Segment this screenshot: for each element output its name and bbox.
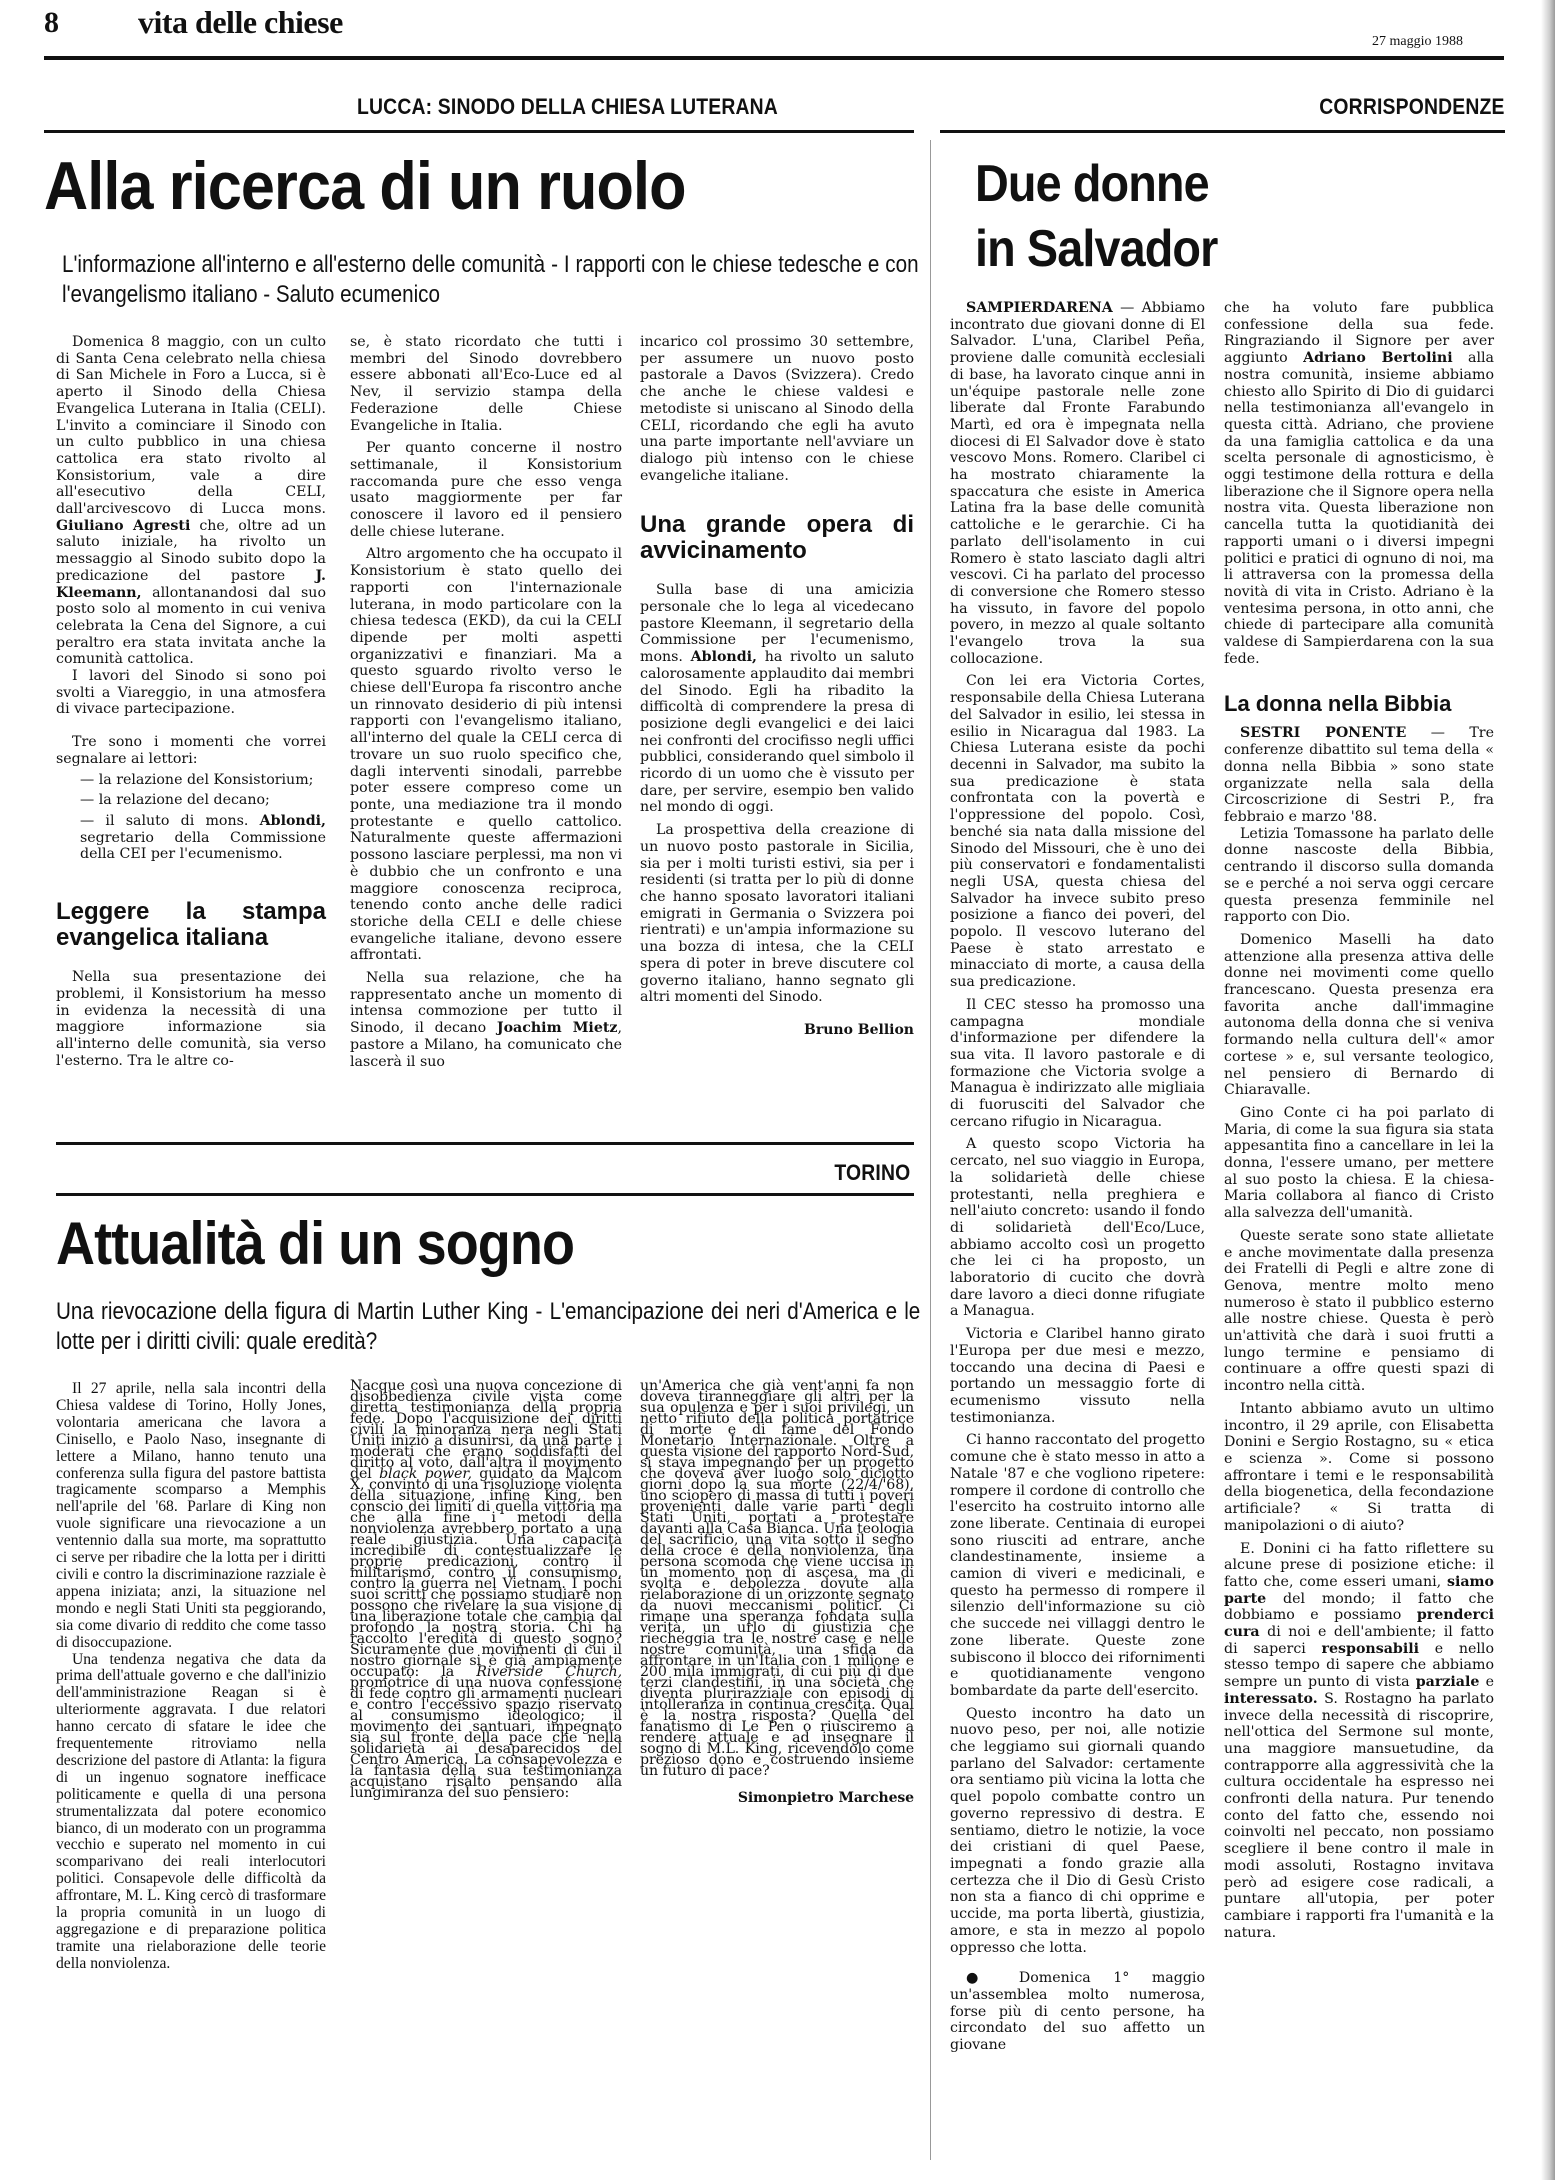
issue-date: 27 maggio 1988	[1372, 34, 1463, 50]
section-title: vita delle chiese	[138, 4, 343, 41]
name-agresti: Giuliano Agresti	[56, 518, 190, 534]
page-edge-shadow	[1541, 0, 1555, 2180]
byline-marchese: Simonpietro Marchese	[640, 1793, 914, 1804]
headline-salvador-line2: in Salvador	[975, 223, 1217, 275]
kicker-lucca: LUCCA: SINODO DELLA CHIESA LUTERANA	[357, 94, 778, 120]
deck-lucca: L'informazione all'interno e all'esterno…	[62, 250, 919, 310]
salvador-column-1: SAMPIERDARENA — Abbiamo incontrato due g…	[950, 300, 1205, 2054]
bullet-icon: ●	[966, 1970, 996, 1986]
rule-torino-top	[56, 1142, 914, 1145]
subhead-stampa: Leggere la stampa evangelica italiana	[56, 899, 326, 951]
rule-torino	[56, 1193, 914, 1196]
dateline-sampierdarena: SAMPIERDARENA	[966, 300, 1113, 316]
rule-corrispondenze	[940, 130, 1505, 133]
subhead-donna-bibbia: La donna nella Bibbia	[1224, 691, 1494, 717]
name-mietz: Joachim Mietz	[497, 1020, 618, 1036]
deck-torino: Una rievocazione della figura di Martin …	[56, 1297, 920, 1357]
page-number: 8	[44, 6, 59, 40]
list-item: — il saluto di mons. Ablondi, segretario…	[56, 813, 326, 863]
subhead-avvicinamento: Una grande opera di avvicinamento	[640, 512, 914, 564]
rule-lucca	[44, 130, 914, 133]
kicker-torino: TORINO	[834, 1160, 910, 1186]
torino-column-2: Nacque così una nuova concezione di diso…	[350, 1381, 622, 1799]
headline-torino: Attualità di un sogno	[56, 1214, 574, 1274]
torino-column-1: Il 27 aprile, nella sala incontri della …	[56, 1381, 326, 1973]
masthead-rule	[44, 56, 1504, 60]
lucca-column-1: Domenica 8 maggio, con un culto di Santa…	[56, 334, 326, 1069]
list-item: — la relazione del decano;	[56, 792, 326, 809]
lucca-column-3: incarico col prossimo 30 settembre, per …	[640, 334, 914, 1039]
lucca-column-2: se, è stato ricordato che tutti i membri…	[350, 334, 622, 1070]
list-item: — la relazione del Konsistorium;	[56, 772, 326, 789]
kicker-corrispondenze: CORRISPONDENZE	[1320, 94, 1505, 120]
byline-bellion: Bruno Bellion	[640, 1022, 914, 1039]
dateline-sestri: SESTRI PONENTE	[1240, 725, 1406, 741]
headline-salvador-line1: Due donne	[975, 158, 1209, 210]
column-divider	[930, 140, 931, 2160]
salvador-column-2: che ha voluto fare pubblica confessione …	[1224, 300, 1494, 1941]
torino-column-3: un'America che già vent'anni fa non dove…	[640, 1381, 914, 1804]
name-bertolini: Adriano Bertolini	[1303, 350, 1453, 366]
headline-lucca: Alla ricerca di un ruolo	[44, 152, 686, 220]
